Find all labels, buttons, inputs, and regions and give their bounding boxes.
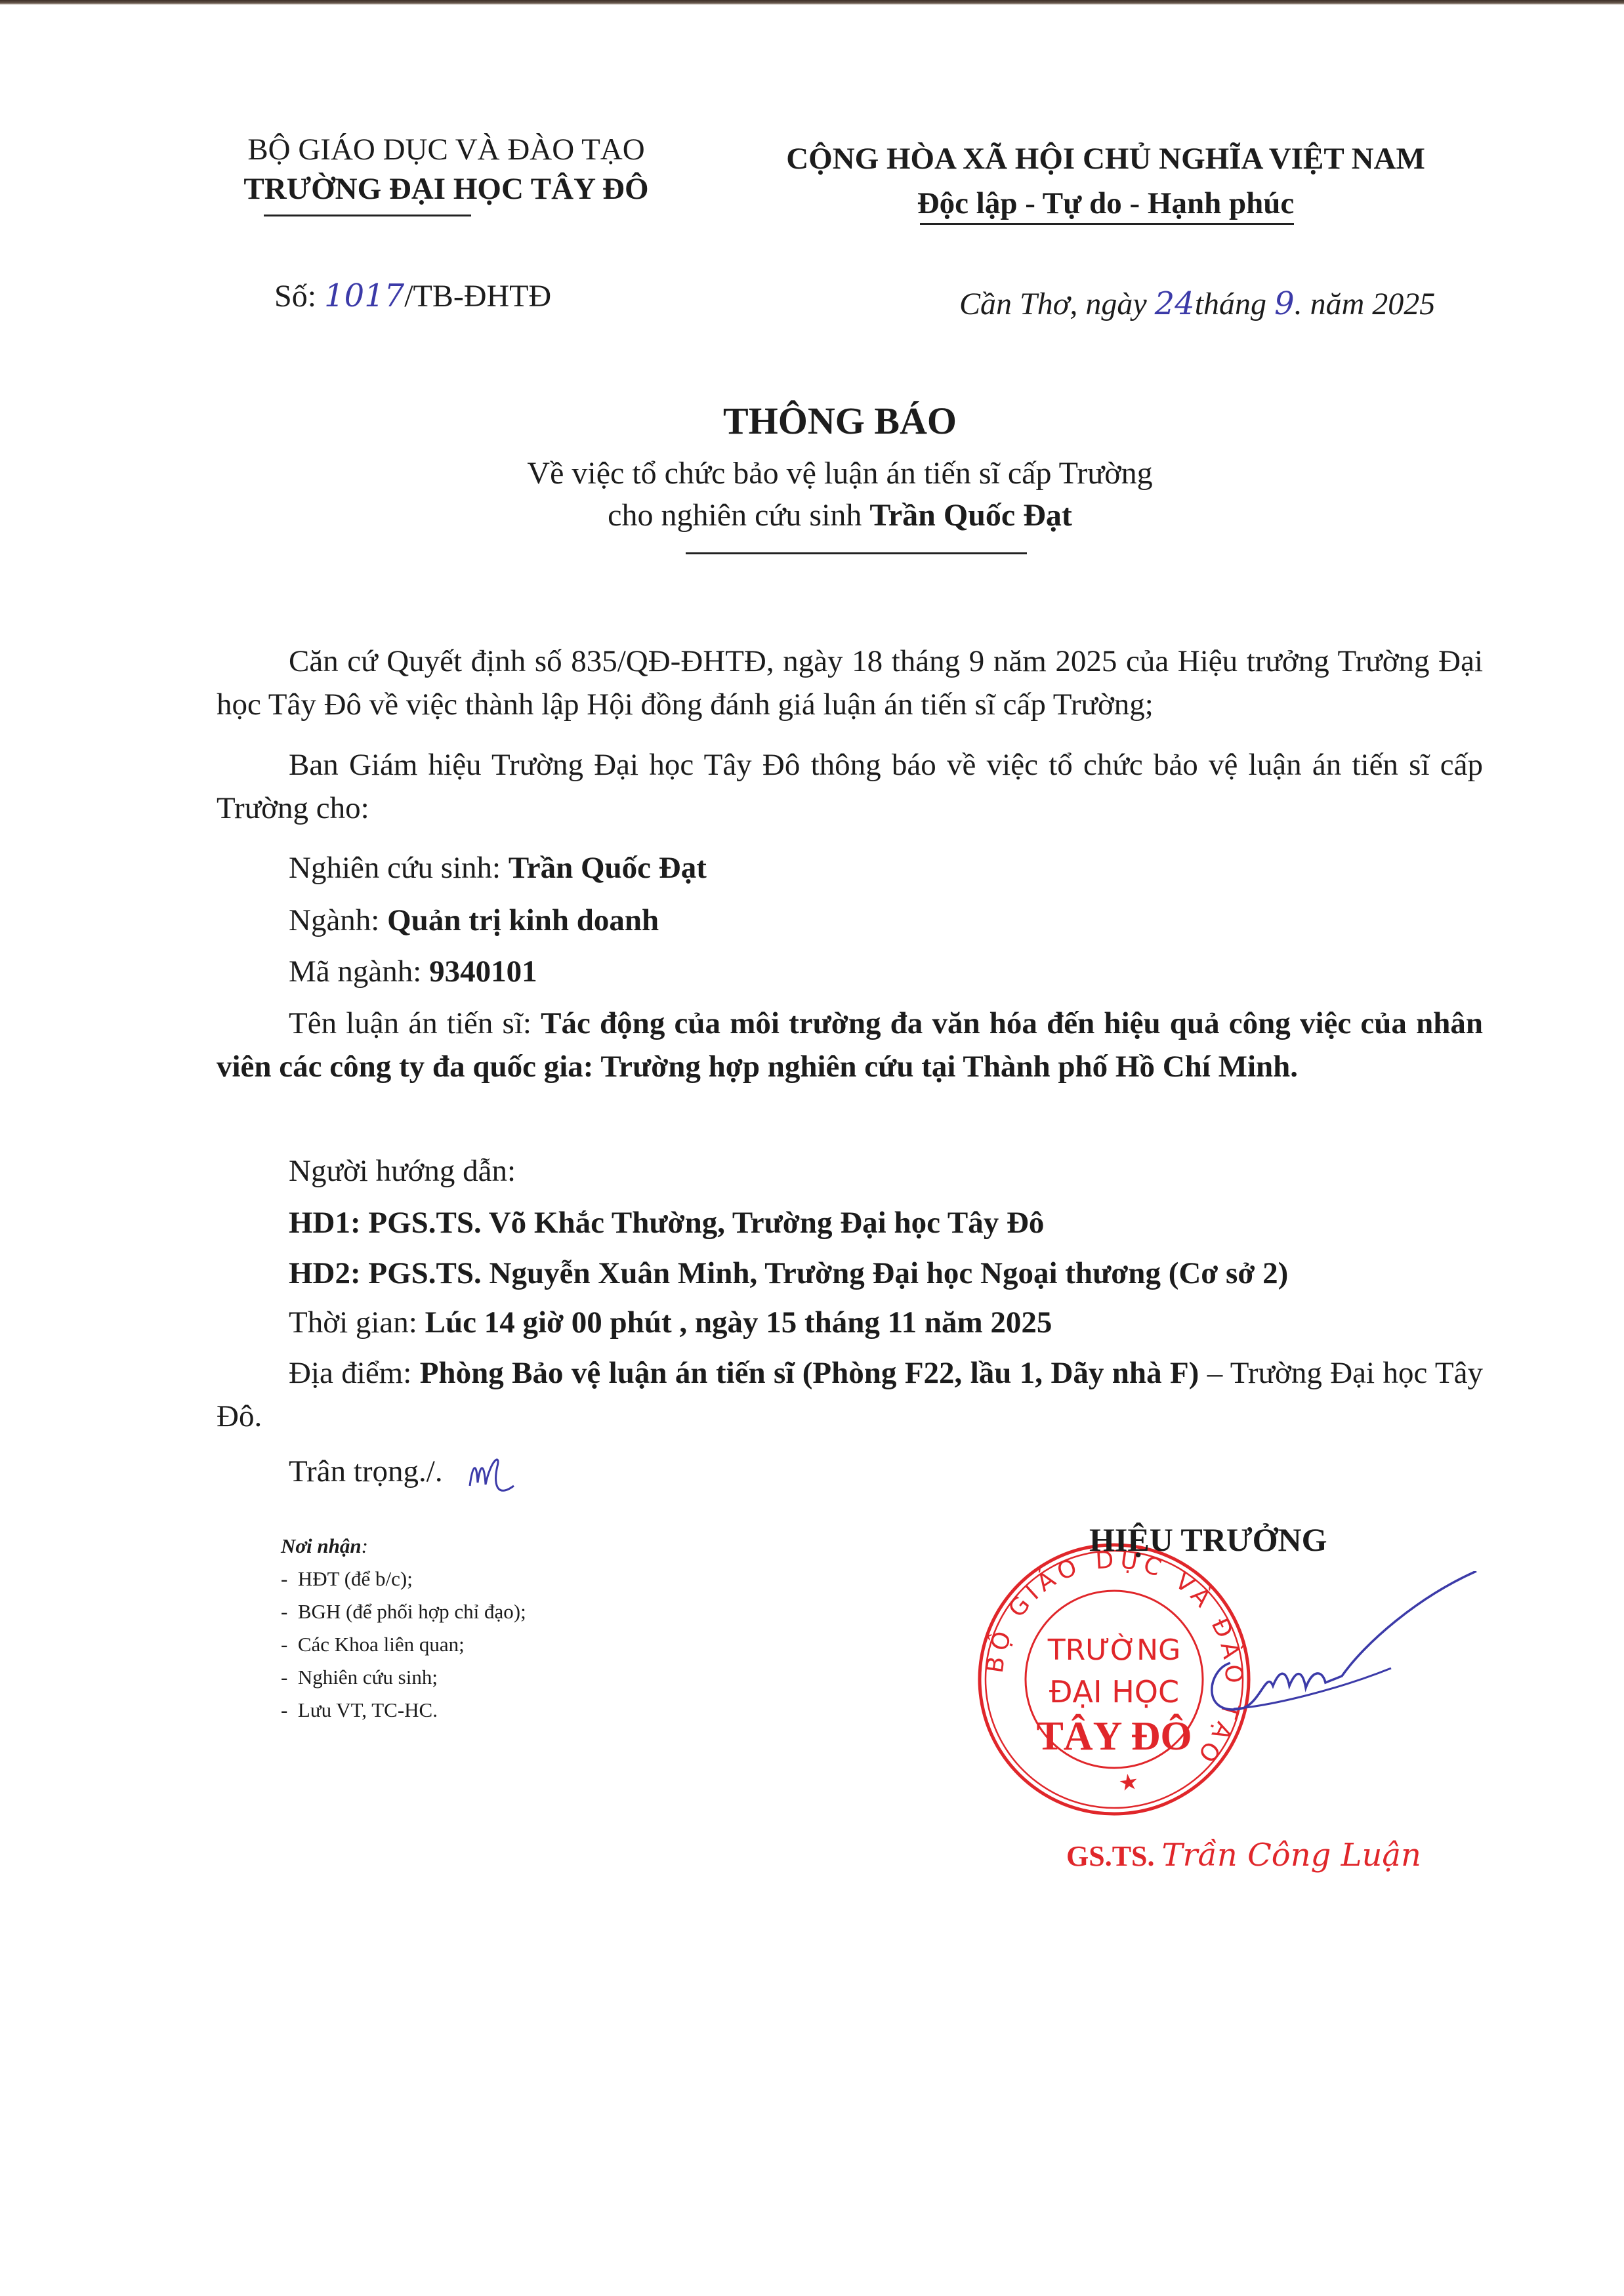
major-code-line: Mã ngành: 9340101 bbox=[289, 950, 537, 993]
recipient-item: BGH (để phối hợp chỉ đạo); bbox=[281, 1595, 526, 1628]
reference-number: Số: 1017/TB-ĐHTĐ bbox=[274, 277, 551, 314]
issue-date: Cần Thơ, ngày 24tháng 9. năm 2025 bbox=[959, 285, 1435, 322]
motto-underline bbox=[920, 223, 1294, 225]
recipient-item: HĐT (để b/c); bbox=[281, 1563, 526, 1595]
issuer-block: BỘ GIÁO DỤC VÀ ĐÀO TẠO TRƯỜNG ĐẠI HỌC TÂ… bbox=[197, 130, 696, 209]
motto: Độc lập - Tự do - Hạnh phúc bbox=[735, 181, 1476, 226]
svg-text:ĐẠI HỌC: ĐẠI HỌC bbox=[1049, 1674, 1179, 1710]
closing: Trân trọng./. bbox=[289, 1450, 443, 1493]
recipient-item: Lưu VT, TC-HC. bbox=[281, 1694, 526, 1727]
scan-edge bbox=[0, 0, 1624, 5]
defense-time: Thời gian: Lúc 14 giờ 00 phút , ngày 15 … bbox=[289, 1301, 1052, 1344]
supervisor-1: HD1: PGS.TS. Võ Khắc Thường, Trường Đại … bbox=[289, 1201, 1044, 1244]
basis-paragraph: Căn cứ Quyết định số 835/QĐ-ĐHTĐ, ngày 1… bbox=[217, 640, 1483, 726]
country-name: CỘNG HÒA XÃ HỘI CHỦ NGHĨA VIỆT NAM bbox=[735, 136, 1476, 181]
candidate-line: Nghiên cứu sinh: Trần Quốc Đạt bbox=[289, 846, 707, 890]
signatory-title: HIỆU TRƯỞNG bbox=[1089, 1521, 1327, 1559]
supervisors-label: Người hướng dẫn: bbox=[289, 1149, 516, 1193]
svg-text:★: ★ bbox=[1117, 1769, 1140, 1797]
recipient-item: Các Khoa liên quan; bbox=[281, 1628, 526, 1661]
announcement-paragraph: Ban Giám hiệu Trường Đại học Tây Đô thôn… bbox=[217, 743, 1483, 830]
handwritten-day: 24 bbox=[1155, 285, 1195, 322]
recipients-block: Nơi nhận: HĐT (để b/c); BGH (để phối hợp… bbox=[281, 1530, 526, 1727]
ministry-name: BỘ GIÁO DỤC VÀ ĐÀO TẠO bbox=[197, 130, 696, 169]
thesis-title: Tên luận án tiến sĩ: Tác động của môi tr… bbox=[217, 1002, 1483, 1088]
signatory-name: GS.TS. Trần Công Luận bbox=[1066, 1837, 1421, 1874]
recipient-item: Nghiên cứu sinh; bbox=[281, 1661, 526, 1694]
document-title: THÔNG BÁO bbox=[394, 399, 1286, 443]
supervisor-2: HD2: PGS.TS. Nguyễn Xuân Minh, Trường Đạ… bbox=[289, 1252, 1288, 1295]
handwritten-initials-icon bbox=[465, 1446, 524, 1499]
national-header: CỘNG HÒA XÃ HỘI CHỦ NGHĨA VIỆT NAM Độc l… bbox=[735, 136, 1476, 226]
recipients-heading: Nơi nhận: bbox=[281, 1530, 526, 1563]
handwritten-month: 9 bbox=[1274, 285, 1295, 322]
issuer-underline bbox=[264, 215, 471, 216]
major-line: Ngành: Quản trị kinh doanh bbox=[289, 899, 659, 942]
title-underline bbox=[686, 552, 1027, 554]
signature-icon bbox=[1168, 1571, 1496, 1742]
document-subtitle: Về việc tổ chức bảo vệ luận án tiến sĩ c… bbox=[394, 453, 1286, 537]
svg-text:TRƯỜNG: TRƯỜNG bbox=[1047, 1632, 1180, 1667]
handwritten-number: 1017 bbox=[324, 277, 404, 314]
university-name: TRƯỜNG ĐẠI HỌC TÂY ĐÔ bbox=[197, 169, 696, 209]
defense-location: Địa điểm: Phòng Bảo vệ luận án tiến sĩ (… bbox=[217, 1351, 1483, 1438]
